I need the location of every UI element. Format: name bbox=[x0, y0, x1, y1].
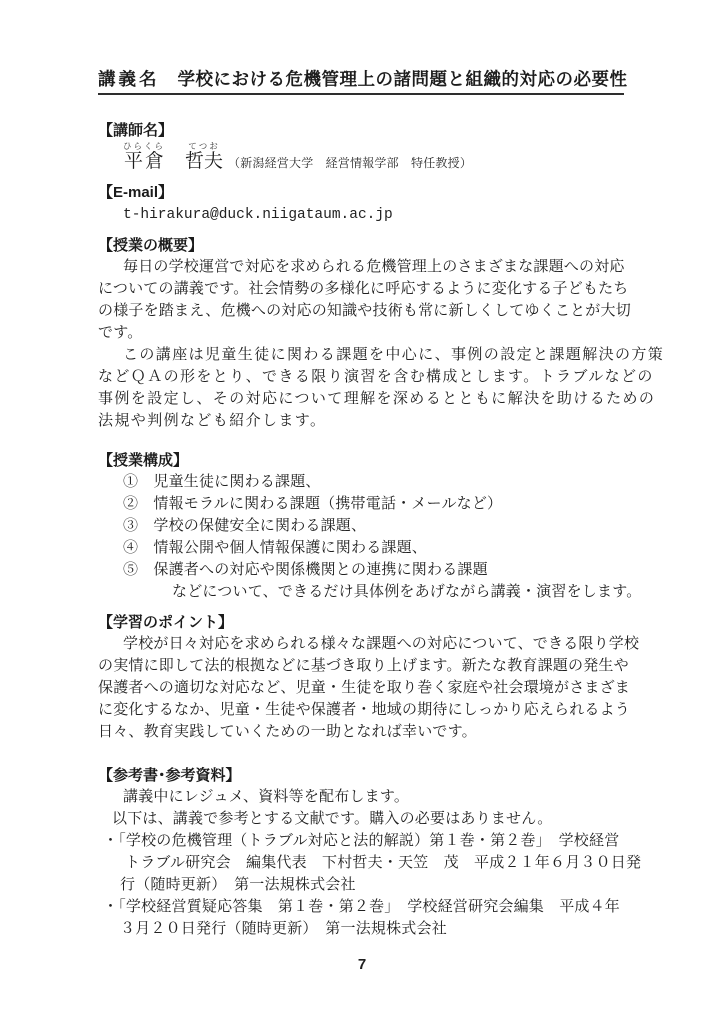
text-line: 以下は、講義で参考とする文献です。購入の必要はありません。 bbox=[98, 808, 624, 830]
document-page: 講義名学校における危機管理上の諸問題と組織的対応の必要性 【講師名】 平倉ひらく… bbox=[0, 0, 724, 1024]
text-line: ３月２０日発行（随時更新） 第一法規株式会社 bbox=[98, 918, 624, 940]
section-email: 【E-mail】 t-hirakura@duck.niigataum.ac.jp bbox=[98, 182, 624, 226]
lecturer-given-name-furigana: てつお bbox=[185, 141, 223, 151]
text-line: などＱＡの形をとり、できる限り演習を含む構成とします。トラブルなどの bbox=[98, 366, 624, 388]
section-references: 【参考書･参考資料】 講義中にレジュメ、資料等を配布します。 以下は、講義で参考… bbox=[98, 765, 624, 940]
text-line: についての講義です。社会情勢の多様化に呼応するように変化する子どもたち bbox=[98, 278, 624, 300]
document-content: 講義名学校における危機管理上の諸問題と組織的対応の必要性 【講師名】 平倉ひらく… bbox=[0, 0, 724, 940]
list-item: ③ 学校の保健安全に関わる課題、 bbox=[98, 515, 624, 537]
points-heading: 【学習のポイント】 bbox=[98, 612, 624, 633]
list-item: ① 児童生徒に関わる課題、 bbox=[98, 471, 624, 493]
email-address: t-hirakura@duck.niigataum.ac.jp bbox=[98, 204, 624, 226]
references-heading: 【参考書･参考資料】 bbox=[98, 765, 624, 786]
lecturer-heading: 【講師名】 bbox=[98, 120, 624, 141]
email-heading: 【E-mail】 bbox=[98, 182, 624, 203]
lecturer-affiliation: （新潟経営大学 経営情報学部 特任教授） bbox=[228, 157, 472, 171]
lecturer-given-name-text: 哲夫 bbox=[185, 151, 223, 172]
list-item: ② 情報モラルに関わる課題（携帯電話・メールなど） bbox=[98, 493, 624, 515]
text-line: 行（随時更新） 第一法規株式会社 bbox=[98, 874, 624, 896]
lecturer-surname: 平倉ひらくら bbox=[123, 141, 165, 171]
text-line: 日々、教育実践していくための一助となれば幸いです。 bbox=[98, 721, 624, 743]
section-lecturer: 【講師名】 平倉ひらくら 哲夫てつお （新潟経営大学 経営情報学部 特任教授） bbox=[98, 120, 624, 171]
text-line: に変化するなか、児童・生徒や保護者・地域の期待にしっかり応えられるよう bbox=[98, 699, 624, 721]
overview-heading: 【授業の概要】 bbox=[98, 235, 624, 256]
text-line: 講義中にレジュメ、資料等を配布します。 bbox=[98, 786, 624, 808]
list-item: ④ 情報公開や個人情報保護に関わる課題、 bbox=[98, 537, 624, 559]
lecture-title: 講義名学校における危機管理上の諸問題と組織的対応の必要性 bbox=[98, 68, 624, 95]
section-structure: 【授業構成】 ① 児童生徒に関わる課題、 ② 情報モラルに関わる課題（携帯電話・… bbox=[98, 450, 624, 603]
lecture-title-label: 講義名 bbox=[98, 69, 160, 89]
list-item: ⑤ 保護者への対応や関係機関との連携に関わる課題 bbox=[98, 559, 624, 581]
section-points: 【学習のポイント】 学校が日々対応を求められる様々な課題への対応について、できる… bbox=[98, 612, 624, 743]
text-line: この講座は児童生徒に関わる課題を中心に、事例の設定と課題解決の方策 bbox=[98, 344, 624, 366]
text-line: 保護者への適切な対応など、児童・生徒を取り巻く家庭や社会環境がさまざま bbox=[98, 677, 624, 699]
page-number: 7 bbox=[0, 956, 724, 973]
lecturer-name-line: 平倉ひらくら 哲夫てつお （新潟経営大学 経営情報学部 特任教授） bbox=[98, 139, 624, 171]
text-line: 事例を設定し、その対応について理解を深めるとともに解決を助けるための bbox=[98, 388, 624, 410]
text-line: の様子を踏まえ、危機への対応の知識や技術も常に新しくしてゆくことが大切 bbox=[98, 300, 624, 322]
reference-item: ・「学校の危機管理（トラブル対応と法的解説）第１巻・第２巻」 学校経営 bbox=[98, 830, 624, 852]
lecturer-surname-text: 平倉 bbox=[123, 151, 165, 172]
lecturer-given-name: 哲夫てつお bbox=[185, 141, 223, 171]
reference-item: ・「学校経営質疑応答集 第１巻・第２巻」 学校経営研究会編集 平成４年 bbox=[98, 896, 624, 918]
text-line: 毎日の学校運営で対応を求められる危機管理上のさまざまな課題への対応 bbox=[98, 256, 624, 278]
lecturer-surname-furigana: ひらくら bbox=[123, 141, 165, 151]
text-line: の実情に即して法的根拠などに基づき取り上げます。新たな教育課題の発生や bbox=[98, 655, 624, 677]
lecture-title-text: 学校における危機管理上の諸問題と組織的対応の必要性 bbox=[178, 69, 628, 89]
text-line: 法規や判例なども紹介します。 bbox=[98, 410, 624, 432]
structure-closing-line: などについて、できるだけ具体例をあげながら講義・演習をします。 bbox=[98, 581, 624, 603]
text-line: 学校が日々対応を求められる様々な課題への対応について、できる限り学校 bbox=[98, 633, 624, 655]
section-overview: 【授業の概要】 毎日の学校運営で対応を求められる危機管理上のさまざまな課題への対… bbox=[98, 235, 624, 432]
structure-heading: 【授業構成】 bbox=[98, 450, 624, 471]
text-line: トラブル研究会 編集代表 下村哲夫・天笠 茂 平成２１年６月３０日発 bbox=[98, 852, 624, 874]
text-line: です。 bbox=[98, 322, 624, 344]
